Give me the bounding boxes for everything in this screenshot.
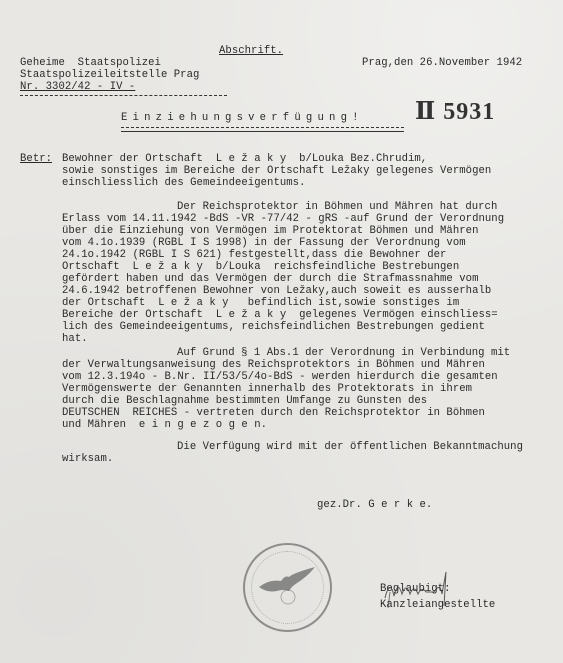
paragraph1-line: hat. — [62, 334, 88, 346]
title-underline-dashed — [121, 127, 404, 128]
paragraph2-line: vom 12.3.194o - B.Nr. II/53/5/4o-BdS - w… — [62, 372, 498, 384]
paragraph1-line: der Ortschaft L e ž a k y befindlich ist… — [62, 298, 459, 310]
reference-number: Nr. 3302/42 - IV - — [20, 82, 135, 94]
place-date: Prag,den 26.November 1942 — [362, 58, 522, 70]
paragraph2-line: Auf Grund § 1 Abs.1 der Verordnung in Ve… — [177, 348, 510, 360]
paragraph1-line: Ortschaft L e ž a k y b/Louka reichsfein… — [62, 262, 459, 274]
subject-line: sowie sonstiges im Bereiche der Ortschaf… — [62, 166, 491, 178]
paragraph2-line: durch die Beschlagnahme bestimmten Umfan… — [62, 396, 427, 408]
title-underline-solid — [121, 131, 404, 132]
paragraph1-line: lich des Gemeindeeigentums, reichsfeindl… — [62, 322, 485, 334]
paragraph1-line: vom 4.1o.1939 (RGBL I S 1998) in der Fas… — [62, 238, 466, 250]
paragraph2-line: und Mähren e i n g e z o g e n. — [62, 420, 267, 432]
paragraph1-line: 24.6.1942 betroffenen Bewohner von Ležak… — [62, 286, 491, 298]
sender-line-2: Staatspolizeileitstelle Prag — [20, 70, 199, 82]
subject-line: einschliesslich des Gemeindeeigentums. — [62, 178, 305, 190]
handwritten-signature-icon — [380, 568, 470, 608]
archive-stamp-number: Ⅱ 5931 — [415, 96, 495, 126]
paragraph3-line: wirksam. — [62, 454, 113, 466]
paragraph1-line: Der Reichsprotektor in Böhmen und Mähren… — [177, 202, 497, 214]
paragraph1-line: Bereiche der Ortschaft L e ž a k y geleg… — [62, 310, 498, 322]
header-title: Abschrift. — [219, 46, 283, 58]
sender-line-1: Geheime Staatspolizei — [20, 58, 161, 70]
paragraph1-line: gefördert haben und das Vermögen der dur… — [62, 274, 478, 286]
paragraph2-line: DEUTSCHEN REICHES - vertreten durch den … — [62, 408, 485, 420]
document-title: Einziehungsverfügung! — [121, 113, 364, 125]
signature-line: gez.Dr. G e r k e. — [317, 500, 432, 512]
official-seal-stamp — [243, 543, 332, 632]
eagle-icon — [257, 565, 317, 605]
subject-line: Bewohner der Ortschaft L e ž a k y b/Lou… — [62, 154, 427, 166]
paragraph2-line: Vermögenswerte der Genannten innerhalb d… — [62, 384, 472, 396]
paragraph1-line: 24.1o.1942 (RGBL I S 621) festgestellt,d… — [62, 250, 446, 262]
paragraph1-line: Erlass vom 14.11.1942 -BdS -VR -77/42 - … — [62, 214, 504, 226]
paragraph3-line: Die Verfügung wird mit der öffentlichen … — [177, 442, 523, 454]
subject-label: Betr: — [20, 154, 52, 166]
reference-underline — [20, 95, 227, 96]
paragraph2-line: der Verwaltungsanweisung des Reichsprote… — [62, 360, 485, 372]
paragraph1-line: über die Einziehung von Vermögen im Prot… — [62, 226, 478, 238]
document-page: Abschrift. Geheime Staatspolizei Prag,de… — [0, 0, 563, 663]
